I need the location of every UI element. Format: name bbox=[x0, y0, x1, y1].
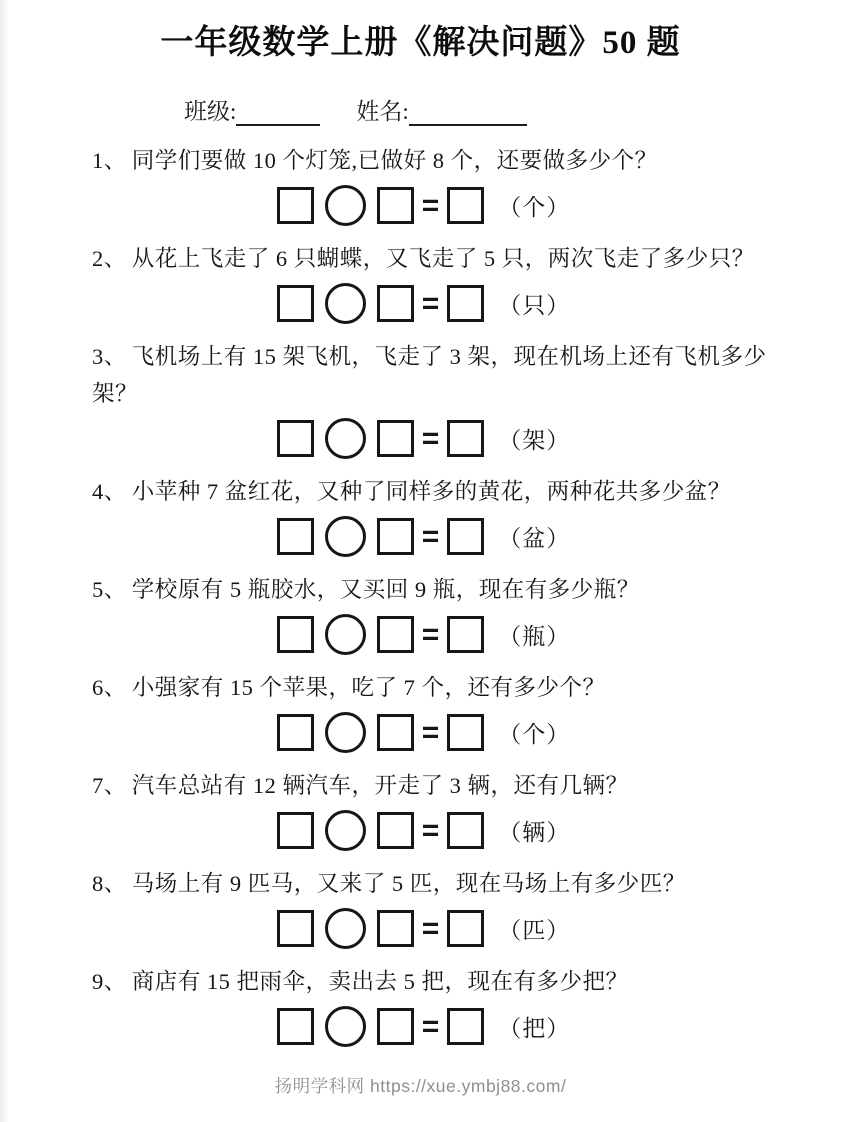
class-label: 班级: bbox=[184, 93, 236, 126]
operator-circle bbox=[325, 516, 366, 557]
problem-text: 商店有 15 把雨伞，卖出去 5 把，现在有多少把？ bbox=[132, 969, 629, 994]
answer-box-result bbox=[447, 812, 484, 849]
problem-question: 3、飞机场上有 15 架飞机，飞走了 3 架，现在机场上还有飞机多少架？ bbox=[92, 338, 789, 412]
operator-circle bbox=[325, 614, 366, 655]
problem-text: 学校原有 5 瓶胶水，又买回 9 瓶，现在有多少瓶？ bbox=[132, 577, 640, 602]
class-blank-line bbox=[236, 99, 320, 126]
answer-equation: = （匹） bbox=[0, 906, 841, 951]
operator-circle bbox=[325, 908, 366, 949]
answer-equation: = （辆） bbox=[0, 808, 841, 853]
problem-item: 6、小强家有 15 个苹果，吃了 7 个，还有多少个？ = （个） bbox=[0, 669, 841, 755]
problem-text: 小苹种 7 盆红花，又种了同样多的黄花，两种花共多少盆？ bbox=[132, 479, 731, 504]
operator-circle bbox=[325, 810, 366, 851]
answer-box-operand1 bbox=[277, 714, 314, 751]
answer-equation: = （盆） bbox=[0, 514, 841, 559]
unit-label: （匹） bbox=[498, 912, 570, 945]
answer-box-operand2 bbox=[377, 420, 414, 457]
unit-label: （只） bbox=[498, 287, 570, 320]
answer-box-operand2 bbox=[377, 714, 414, 751]
answer-box-result bbox=[447, 1008, 484, 1045]
problem-question: 2、从花上飞走了 6 只蝴蝶，又飞走了 5 只，两次飞走了多少只？ bbox=[92, 240, 789, 277]
operator-circle bbox=[325, 418, 366, 459]
equals-sign: = bbox=[422, 424, 440, 454]
problem-question: 5、学校原有 5 瓶胶水，又买回 9 瓶，现在有多少瓶？ bbox=[92, 571, 789, 608]
answer-box-operand1 bbox=[277, 910, 314, 947]
site-watermark: 扬明学科网 https://xue.ymbj88.com/ bbox=[0, 1073, 841, 1098]
equals-sign: = bbox=[422, 191, 440, 221]
problem-item: 3、飞机场上有 15 架飞机，飞走了 3 架，现在机场上还有飞机多少架？ = （… bbox=[0, 338, 841, 461]
answer-box-operand2 bbox=[377, 1008, 414, 1045]
answer-box-operand2 bbox=[377, 518, 414, 555]
answer-equation: = （把） bbox=[0, 1004, 841, 1049]
answer-box-operand1 bbox=[277, 285, 314, 322]
unit-label: （个） bbox=[498, 716, 570, 749]
equals-sign: = bbox=[422, 914, 440, 944]
operator-circle bbox=[325, 283, 366, 324]
name-label: 姓名: bbox=[356, 93, 408, 126]
problem-text: 从花上飞走了 6 只蝴蝶，又飞走了 5 只，两次飞走了多少只？ bbox=[132, 246, 755, 271]
page-title: 一年级数学上册《解决问题》50 题 bbox=[0, 0, 841, 63]
problem-number: 6、 bbox=[92, 675, 127, 700]
answer-equation: = （瓶） bbox=[0, 612, 841, 657]
answer-box-result bbox=[447, 616, 484, 653]
scan-edge-shadow bbox=[0, 0, 9, 1122]
equals-sign: = bbox=[422, 718, 440, 748]
equals-sign: = bbox=[422, 522, 440, 552]
operator-circle bbox=[325, 185, 366, 226]
problem-number: 9、 bbox=[92, 969, 127, 994]
problem-text: 小强家有 15 个苹果，吃了 7 个，还有多少个？ bbox=[132, 675, 606, 700]
problem-item: 8、马场上有 9 匹马，又来了 5 匹，现在马场上有多少匹？ = （匹） bbox=[0, 865, 841, 951]
problem-number: 5、 bbox=[92, 577, 127, 602]
answer-box-result bbox=[447, 285, 484, 322]
problem-number: 2、 bbox=[92, 246, 127, 271]
problem-question: 1、同学们要做 10 个灯笼,已做好 8 个，还要做多少个？ bbox=[92, 142, 789, 179]
problem-item: 2、从花上飞走了 6 只蝴蝶，又飞走了 5 只，两次飞走了多少只？ = （只） bbox=[0, 240, 841, 326]
answer-box-result bbox=[447, 420, 484, 457]
name-blank-line bbox=[409, 99, 527, 126]
problem-question: 8、马场上有 9 匹马，又来了 5 匹，现在马场上有多少匹？ bbox=[92, 865, 789, 902]
answer-box-operand2 bbox=[377, 187, 414, 224]
operator-circle bbox=[325, 1006, 366, 1047]
answer-box-operand1 bbox=[277, 1008, 314, 1045]
answer-box-operand2 bbox=[377, 285, 414, 322]
student-info-row: 班级:姓名: bbox=[184, 93, 841, 126]
unit-label: （瓶） bbox=[498, 618, 570, 651]
answer-equation: = （只） bbox=[0, 281, 841, 326]
unit-label: （个） bbox=[498, 189, 570, 222]
answer-box-result bbox=[447, 518, 484, 555]
equals-sign: = bbox=[422, 289, 440, 319]
unit-label: （架） bbox=[498, 422, 570, 455]
unit-label: （把） bbox=[498, 1010, 570, 1043]
equals-sign: = bbox=[422, 620, 440, 650]
problem-number: 8、 bbox=[92, 871, 127, 896]
problem-question: 6、小强家有 15 个苹果，吃了 7 个，还有多少个？ bbox=[92, 669, 789, 706]
problem-item: 9、商店有 15 把雨伞，卖出去 5 把，现在有多少把？ = （把） bbox=[0, 963, 841, 1049]
answer-box-operand2 bbox=[377, 812, 414, 849]
problem-number: 4、 bbox=[92, 479, 127, 504]
problem-item: 1、同学们要做 10 个灯笼,已做好 8 个，还要做多少个？ = （个） bbox=[0, 142, 841, 228]
answer-box-operand2 bbox=[377, 910, 414, 947]
answer-equation: = （个） bbox=[0, 183, 841, 228]
problem-number: 1、 bbox=[92, 148, 127, 173]
unit-label: （辆） bbox=[498, 814, 570, 847]
problem-item: 7、汽车总站有 12 辆汽车，开走了 3 辆，还有几辆？ = （辆） bbox=[0, 767, 841, 853]
answer-box-operand1 bbox=[277, 812, 314, 849]
answer-box-result bbox=[447, 910, 484, 947]
problem-list: 1、同学们要做 10 个灯笼,已做好 8 个，还要做多少个？ = （个） 2、从… bbox=[0, 142, 841, 1049]
problem-number: 3、 bbox=[92, 344, 127, 369]
problem-text: 同学们要做 10 个灯笼,已做好 8 个，还要做多少个？ bbox=[132, 148, 658, 173]
answer-equation: = （个） bbox=[0, 710, 841, 755]
problem-question: 9、商店有 15 把雨伞，卖出去 5 把，现在有多少把？ bbox=[92, 963, 789, 1000]
answer-box-operand1 bbox=[277, 518, 314, 555]
answer-box-operand1 bbox=[277, 616, 314, 653]
answer-equation: = （架） bbox=[0, 416, 841, 461]
answer-box-operand1 bbox=[277, 420, 314, 457]
answer-box-operand2 bbox=[377, 616, 414, 653]
unit-label: （盆） bbox=[498, 520, 570, 553]
answer-box-operand1 bbox=[277, 187, 314, 224]
problem-question: 7、汽车总站有 12 辆汽车，开走了 3 辆，还有几辆？ bbox=[92, 767, 789, 804]
problem-text: 汽车总站有 12 辆汽车，开走了 3 辆，还有几辆？ bbox=[132, 773, 629, 798]
answer-box-result bbox=[447, 187, 484, 224]
problem-item: 4、小苹种 7 盆红花，又种了同样多的黄花，两种花共多少盆？ = （盆） bbox=[0, 473, 841, 559]
equals-sign: = bbox=[422, 1012, 440, 1042]
problem-question: 4、小苹种 7 盆红花，又种了同样多的黄花，两种花共多少盆？ bbox=[92, 473, 789, 510]
answer-box-result bbox=[447, 714, 484, 751]
equals-sign: = bbox=[422, 816, 440, 846]
problem-number: 7、 bbox=[92, 773, 127, 798]
problem-text: 马场上有 9 匹马，又来了 5 匹，现在马场上有多少匹？ bbox=[132, 871, 686, 896]
problem-text: 飞机场上有 15 架飞机，飞走了 3 架，现在机场上还有飞机多少架？ bbox=[92, 344, 767, 406]
problem-item: 5、学校原有 5 瓶胶水，又买回 9 瓶，现在有多少瓶？ = （瓶） bbox=[0, 571, 841, 657]
operator-circle bbox=[325, 712, 366, 753]
